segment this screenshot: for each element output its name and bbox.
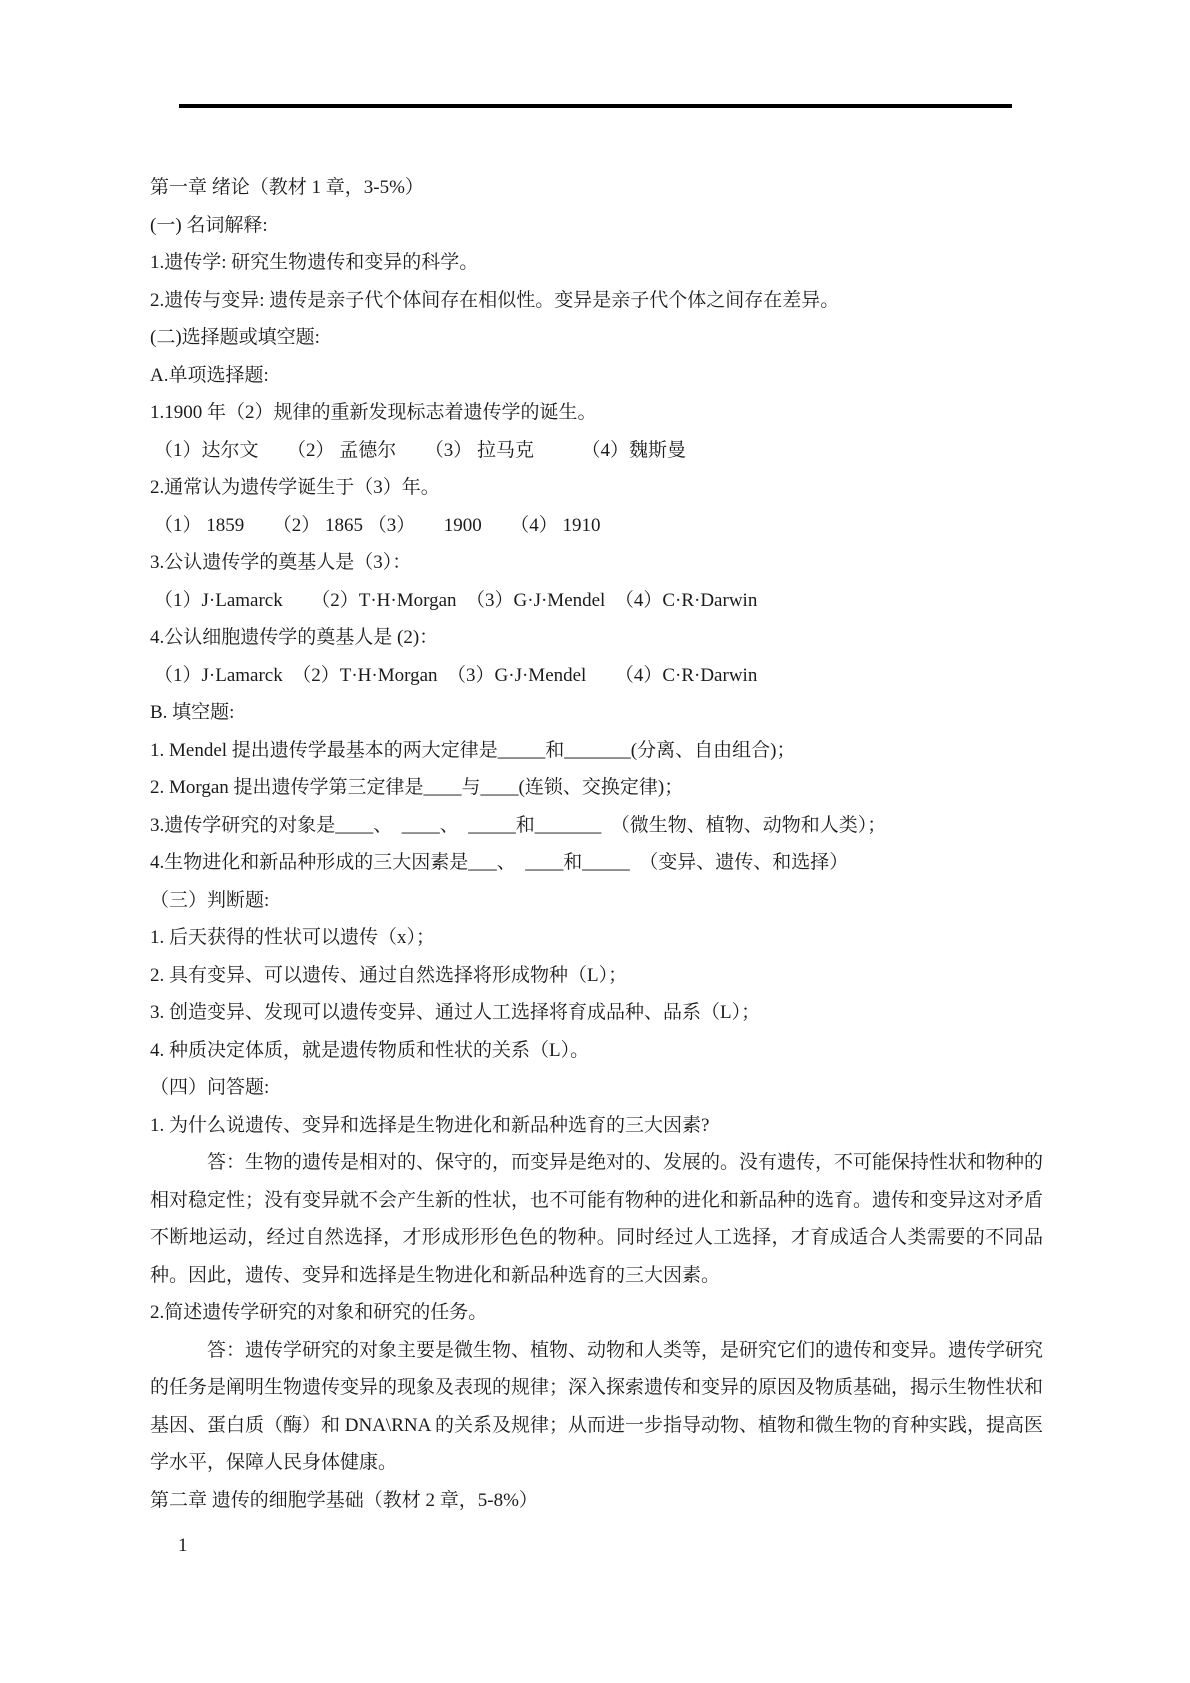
document-line: (二)选择题或填空题:: [150, 319, 1043, 357]
document-line: 第一章 绪论（教材 1 章，3-5%）: [150, 169, 1043, 207]
document-line: 3.遗传学研究的对象是____、 ____、 _____和_______ （微生…: [150, 807, 1043, 845]
document-line: （四）问答题:: [150, 1069, 1043, 1107]
document-page: 第一章 绪论（教材 1 章，3-5%）(一) 名词解释:1.遗传学: 研究生物遗…: [0, 0, 1190, 1683]
document-line: 答：生物的遗传是相对的、保守的，而变异是绝对的、发展的。没有遗传，不可能保持性状…: [150, 1144, 1043, 1294]
document-line: 1.遗传学: 研究生物遗传和变异的科学。: [150, 244, 1043, 282]
document-line: (一) 名词解释:: [150, 207, 1043, 245]
document-line: B. 填空题:: [150, 694, 1043, 732]
document-line: 4.公认细胞遗传学的奠基人是 (2)：: [150, 619, 1043, 657]
document-line: 第二章 遗传的细胞学基础（教材 2 章，5-8%）: [150, 1482, 1043, 1520]
document-line: 2.遗传与变异: 遗传是亲子代个体间存在相似性。变异是亲子代个体之间存在差异。: [150, 282, 1043, 320]
document-line: 2. 具有变异、可以遗传、通过自然选择将形成物种（L）；: [150, 957, 1043, 995]
document-line: 3.公认遗传学的奠基人是（3）：: [150, 544, 1043, 582]
document-line: 1.1900 年（2）规律的重新发现标志着遗传学的诞生。: [150, 394, 1043, 432]
document-line: （1）达尔文 （2） 孟德尔 （3） 拉马克 （4）魏斯曼: [150, 432, 1043, 470]
document-line: 4. 种质决定体质，就是遗传物质和性状的关系（L）。: [150, 1032, 1043, 1070]
document-line: 1. Mendel 提出遗传学最基本的两大定律是_____和_______(分离…: [150, 732, 1043, 770]
document-line: （1）J·Lamarck （2）T·H·Morgan （3）G·J·Mendel…: [150, 657, 1043, 695]
document-line: 2.通常认为遗传学诞生于（3）年。: [150, 469, 1043, 507]
document-line: （1）J·Lamarck （2）T·H·Morgan （3）G·J·Mendel…: [150, 582, 1043, 620]
header-rule: [179, 104, 1012, 108]
document-line: 1. 为什么说遗传、变异和选择是生物进化和新品种选育的三大因素?: [150, 1107, 1043, 1145]
document-line: 答：遗传学研究的对象主要是微生物、植物、动物和人类等，是研究它们的遗传和变异。遗…: [150, 1332, 1043, 1482]
document-body: 第一章 绪论（教材 1 章，3-5%）(一) 名词解释:1.遗传学: 研究生物遗…: [150, 169, 1043, 1519]
document-line: 4.生物进化和新品种形成的三大因素是___、 ____和_____ （变异、遗传…: [150, 844, 1043, 882]
document-line: （三）判断题:: [150, 882, 1043, 920]
page-number: 1: [178, 1531, 188, 1561]
document-line: A.单项选择题:: [150, 357, 1043, 395]
document-line: 2.简述遗传学研究的对象和研究的任务。: [150, 1294, 1043, 1332]
document-line: 1. 后天获得的性状可以遗传（x）；: [150, 919, 1043, 957]
document-line: （1） 1859 （2） 1865 （3） 1900 （4） 1910: [150, 507, 1043, 545]
document-line: 3. 创造变异、发现可以遗传变异、通过人工选择将育成品种、品系（L）；: [150, 994, 1043, 1032]
document-line: 2. Morgan 提出遗传学第三定律是____与____(连锁、交换定律)；: [150, 769, 1043, 807]
